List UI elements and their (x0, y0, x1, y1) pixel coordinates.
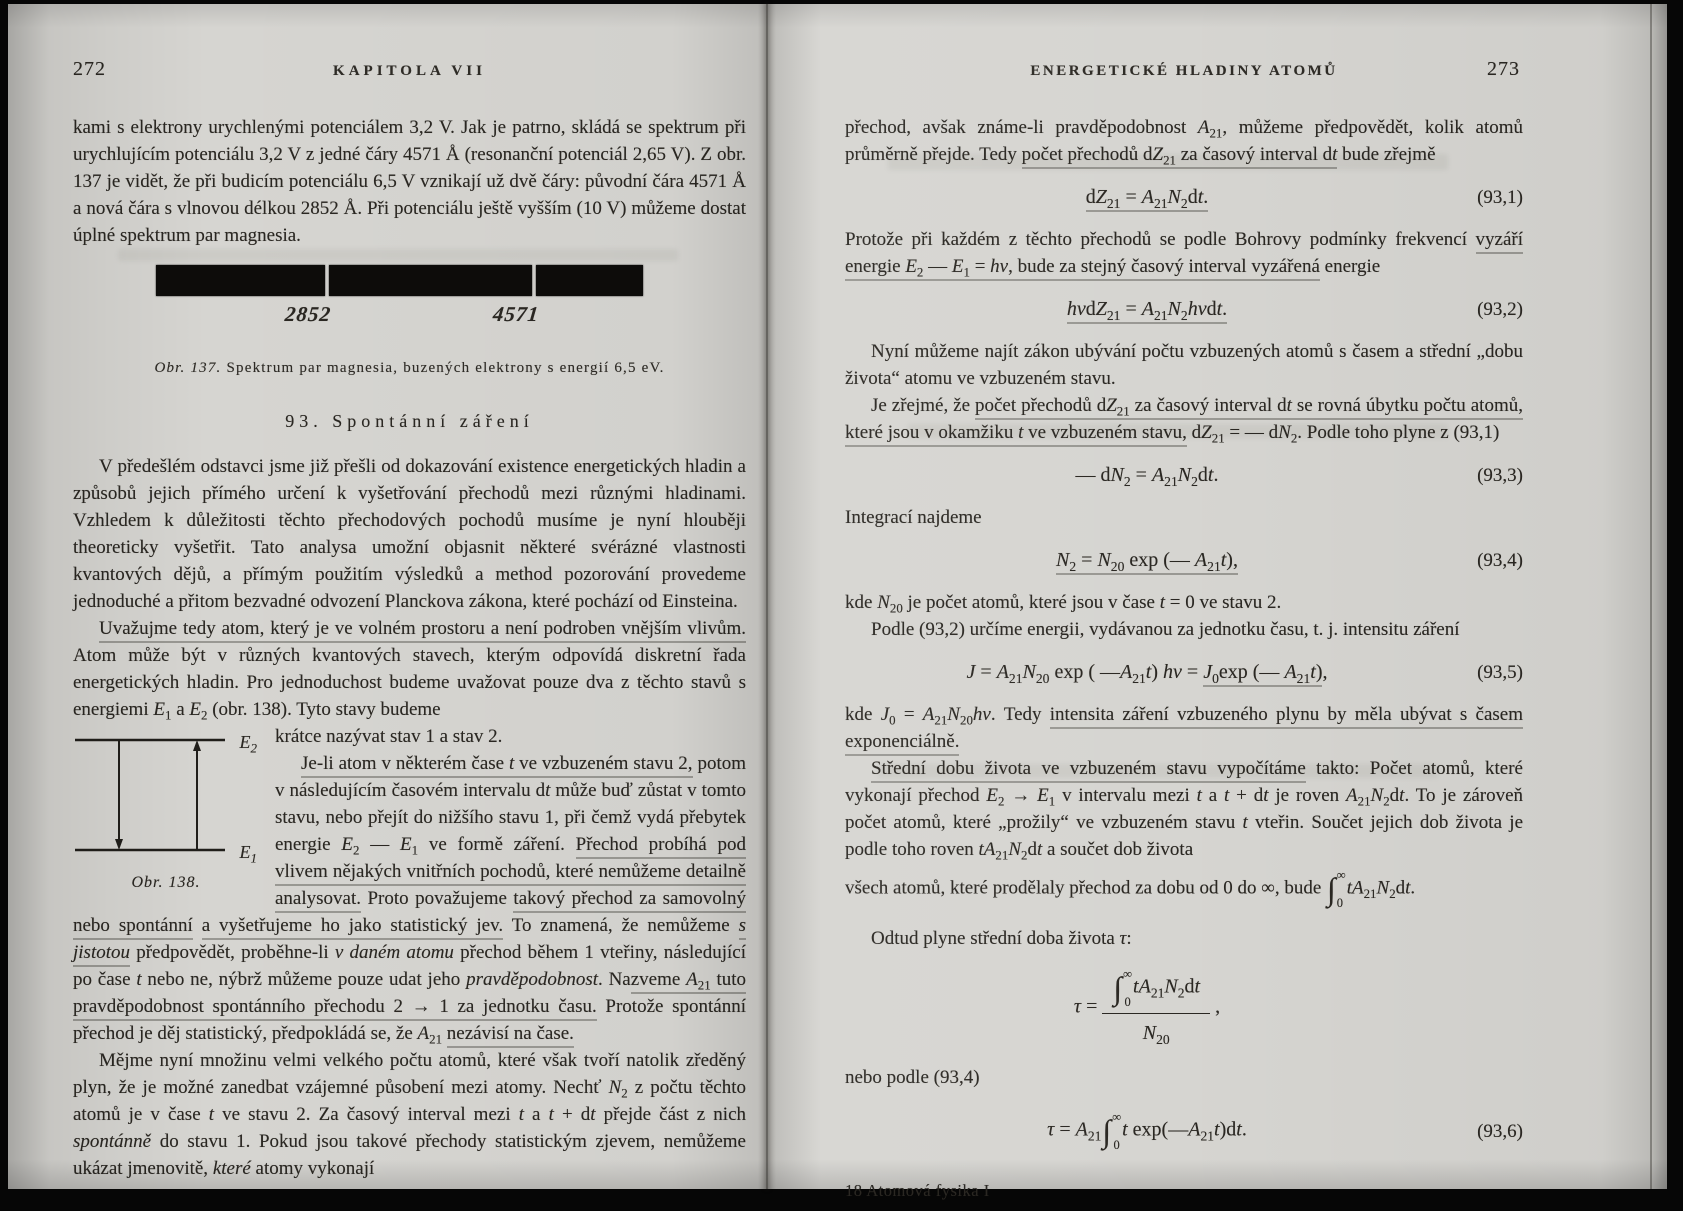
spectrum-line-label: 4571 (492, 301, 541, 328)
paragraph: přechod, avšak známe-li pravděpodobnost … (845, 114, 1523, 168)
formula: τ = A21∫∞0t exp(—A21t)dt. (845, 1111, 1449, 1151)
arrow-up (193, 740, 201, 751)
running-header-right: ENERGETICKÉ HLADINY ATOMŮ (1030, 63, 1337, 79)
equation-number: (93,6) (1449, 1118, 1523, 1145)
equation-number: (93,1) (1449, 184, 1523, 211)
formula: hνdZ21 = A21N2hνdt. (845, 294, 1449, 324)
formula: N2 = N20 exp (— A21t), (845, 545, 1449, 575)
level-label-e2: E2 (240, 729, 258, 756)
spectrum-band (156, 265, 325, 296)
equation-93-3: — dN2 = A21N2dt. (93,3) (845, 460, 1523, 490)
paragraph: kami s elektrony urychlenými potenciálem… (73, 114, 746, 249)
spectrum-band (536, 265, 643, 296)
figure-137-caption: Obr. 137. Spektrum par magnesia, buzenýc… (73, 355, 746, 382)
formula: τ = ∫∞0tA21N2dtN20 , (845, 968, 1449, 1048)
paragraph: kde N20 je počet atomů, které jsou v čas… (845, 589, 1523, 616)
footer-signature: 18 Atomová fysika I (845, 1177, 1523, 1204)
paragraph: Odtud plyne střední doba života τ: (845, 925, 1523, 952)
paragraph: kde J0 = A21N20hν. Tedy intensita záření… (845, 701, 1523, 755)
paragraph: Mějme nyní množinu velmi velkého počtu a… (73, 1047, 746, 1182)
level-label-e1: E1 (240, 839, 258, 866)
paragraph: nebo podle (93,4) (845, 1064, 1523, 1091)
equation-93-1: dZ21 = A21N2dt. (93,1) (845, 182, 1523, 212)
equation-number: (93,4) (1449, 547, 1523, 574)
paragraph: Podle (93,2) určíme energii, vydávanou z… (845, 616, 1523, 643)
equation-number: (93,2) (1449, 296, 1523, 323)
equation-93-6: τ = A21∫∞0t exp(—A21t)dt. (93,6) (845, 1111, 1523, 1151)
spectrum-band (329, 265, 532, 296)
paragraph: Je zřejmé, že počet přechodů dZ21 za čas… (845, 392, 1523, 446)
arrow-down (115, 839, 123, 850)
figure-138-energy-levels: E2 E1 Obr. 138. (73, 731, 259, 896)
spectrum-line-label: 2852 (284, 301, 333, 328)
page-left: 272 KAPITOLA VII kami s elektrony urychl… (73, 56, 746, 1182)
formula: J = A21N20 exp ( —A21t) hν = J0exp (— A2… (845, 657, 1449, 687)
right-running-header-row: ENERGETICKÉ HLADINY ATOMŮ 273 (845, 56, 1523, 86)
figure-138-wrap-zone: E2 E1 Obr. 138. krátce nazývat stav 1 a … (73, 723, 746, 1047)
equation-number: (93,3) (1449, 462, 1523, 489)
section-heading: 93. Spontánní záření (73, 408, 746, 435)
paragraph: Nyní můžeme najít zákon ubývání počtu vz… (845, 338, 1523, 392)
page-number-left: 272 (73, 56, 106, 83)
equation-93-5: J = A21N20 exp ( —A21t) hν = J0exp (— A2… (845, 657, 1523, 687)
equation-93-4: N2 = N20 exp (— A21t), (93,4) (845, 545, 1523, 575)
energy-level-lines (73, 731, 231, 859)
paragraph: Uvažujme tedy atom, který je ve volném p… (73, 615, 746, 723)
formula: dZ21 = A21N2dt. (845, 182, 1449, 212)
book-scan: 272 KAPITOLA VII kami s elektrony urychl… (0, 0, 1683, 1211)
paragraph: Integrací najdeme (845, 504, 1523, 531)
equation-tau-fraction: τ = ∫∞0tA21N2dtN20 , (845, 968, 1523, 1048)
page-gutter-shadow (766, 4, 768, 1189)
left-running-header-row: 272 KAPITOLA VII (73, 56, 746, 86)
running-header-left: KAPITOLA VII (333, 63, 486, 79)
energy-level-diagram: E2 E1 (73, 731, 259, 859)
figure-138-caption: Obr. 138. (73, 869, 259, 896)
page-right: ENERGETICKÉ HLADINY ATOMŮ 273 přechod, a… (845, 56, 1523, 1204)
paragraph: Střední dobu života ve vzbuzeném stavu v… (845, 755, 1523, 863)
formula: — dN2 = A21N2dt. (845, 460, 1449, 490)
equation-93-2: hνdZ21 = A21N2hνdt. (93,2) (845, 294, 1523, 324)
figure-137-spectrum: 2852 4571 (73, 265, 746, 353)
paragraph: V předešlém odstavci jsme již přešli od … (73, 453, 746, 615)
book-spread: 272 KAPITOLA VII kami s elektrony urychl… (8, 4, 1667, 1189)
page-edge-line (1650, 4, 1652, 1189)
page-number-right: 273 (1487, 56, 1520, 83)
paragraph: Protože při každém z těchto přechodů se … (845, 226, 1523, 280)
paragraph: všech atomů, které prodělaly přechod za … (845, 869, 1523, 909)
equation-number: (93,5) (1449, 659, 1523, 686)
